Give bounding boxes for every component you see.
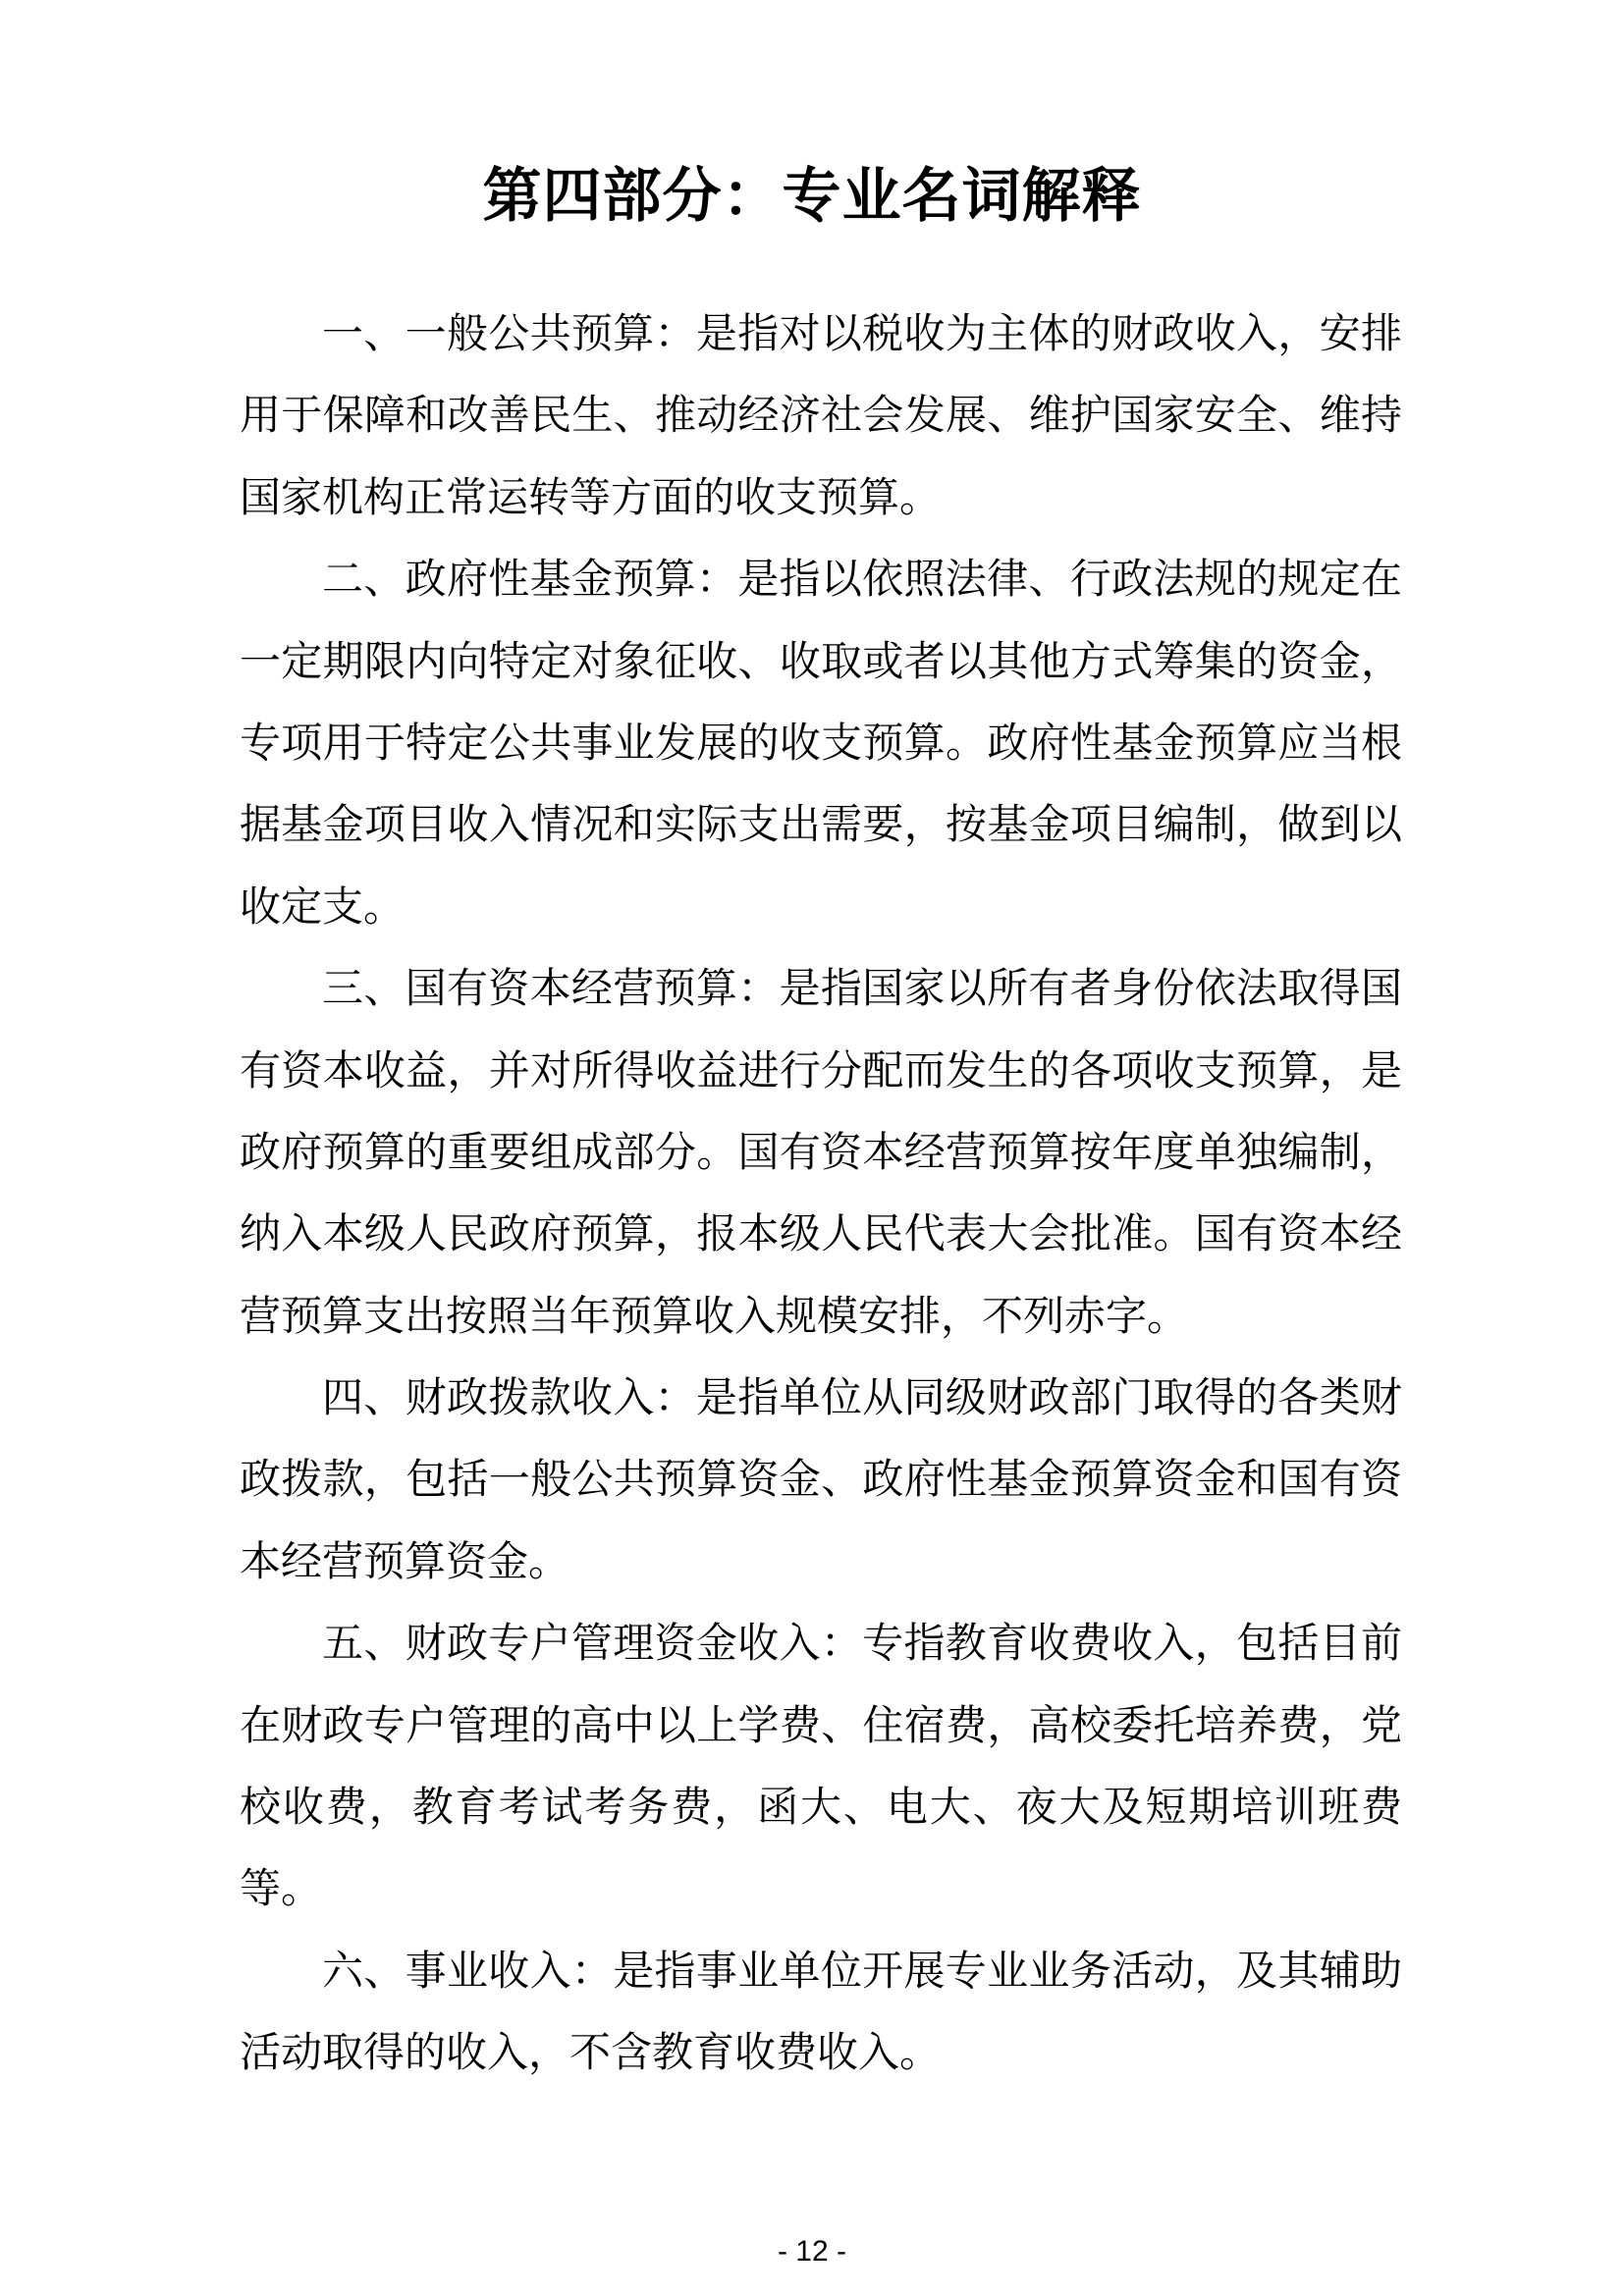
paragraph-line: 政拨款，包括一般公共预算资金、政府性基金预算资金和国有资: [240, 1438, 1402, 1520]
paragraph-line: 一、一般公共预算：是指对以税收为主体的财政收入，安排: [240, 293, 1402, 374]
paragraph-line: 三、国有资本经营预算：是指国家以所有者身份依法取得国: [240, 947, 1402, 1029]
page-title: 第四部分：专业名词解释: [0, 161, 1624, 232]
paragraph-line: 国家机构正常运转等方面的收支预算。: [240, 456, 1402, 538]
document-body: 一、一般公共预算：是指对以税收为主体的财政收入，安排 用于保障和改善民生、推动经…: [240, 293, 1402, 2094]
paragraph-line: 一定期限内向特定对象征收、收取或者以其他方式筹集的资金，: [240, 620, 1402, 702]
paragraph-line: 四、财政拨款收入：是指单位从同级财政部门取得的各类财: [240, 1357, 1402, 1438]
paragraph-line: 六、事业收入：是指事业单位开展专业业务活动，及其辅助: [240, 1930, 1402, 2011]
paragraph-general-public-budget: 一、一般公共预算：是指对以税收为主体的财政收入，安排 用于保障和改善民生、推动经…: [240, 293, 1402, 538]
paragraph-line: 纳入本级人民政府预算，报本级人民代表大会批准。国有资本经: [240, 1193, 1402, 1274]
paragraph-line: 营预算支出按照当年预算收入规模安排，不列赤字。: [240, 1275, 1402, 1357]
paragraph-business-income: 六、事业收入：是指事业单位开展专业业务活动，及其辅助 活动取得的收入，不含教育收…: [240, 1930, 1402, 2094]
paragraph-government-fund-budget: 二、政府性基金预算：是指以依照法律、行政法规的规定在 一定期限内向特定对象征收、…: [240, 538, 1402, 947]
paragraph-line: 有资本收益，并对所得收益进行分配而发生的各项收支预算，是: [240, 1030, 1402, 1111]
paragraph-line: 活动取得的收入，不含教育收费收入。: [240, 2011, 1402, 2093]
paragraph-line: 二、政府性基金预算：是指以依照法律、行政法规的规定在: [240, 538, 1402, 619]
paragraph-line: 据基金项目收入情况和实际支出需要，按基金项目编制，做到以: [240, 783, 1402, 865]
paragraph-special-account-income: 五、财政专户管理资金收入：专指教育收费收入，包括目前 在财政专户管理的高中以上学…: [240, 1602, 1402, 1930]
paragraph-line: 政府预算的重要组成部分。国有资本经营预算按年度单独编制，: [240, 1111, 1402, 1193]
paragraph-line: 收定支。: [240, 866, 1402, 947]
paragraph-line: 校收费，教育考试考务费，函大、电大、夜大及短期培训班费: [240, 1766, 1402, 1847]
paragraph-line: 本经营预算资金。: [240, 1521, 1402, 1602]
paragraph-fiscal-appropriation-income: 四、财政拨款收入：是指单位从同级财政部门取得的各类财 政拨款，包括一般公共预算资…: [240, 1357, 1402, 1602]
paragraph-line: 五、财政专户管理资金收入：专指教育收费收入，包括目前: [240, 1602, 1402, 1683]
paragraph-line: 等。: [240, 1847, 1402, 1929]
paragraph-line: 专项用于特定公共事业发展的收支预算。政府性基金预算应当根: [240, 702, 1402, 783]
paragraph-line: 用于保障和改善民生、推动经济社会发展、维护国家安全、维持: [240, 374, 1402, 455]
paragraph-state-capital-budget: 三、国有资本经营预算：是指国家以所有者身份依法取得国 有资本收益，并对所得收益进…: [240, 947, 1402, 1357]
page-number: - 12 -: [0, 2234, 1624, 2269]
paragraph-line: 在财政专户管理的高中以上学费、住宿费，高校委托培养费，党: [240, 1684, 1402, 1766]
